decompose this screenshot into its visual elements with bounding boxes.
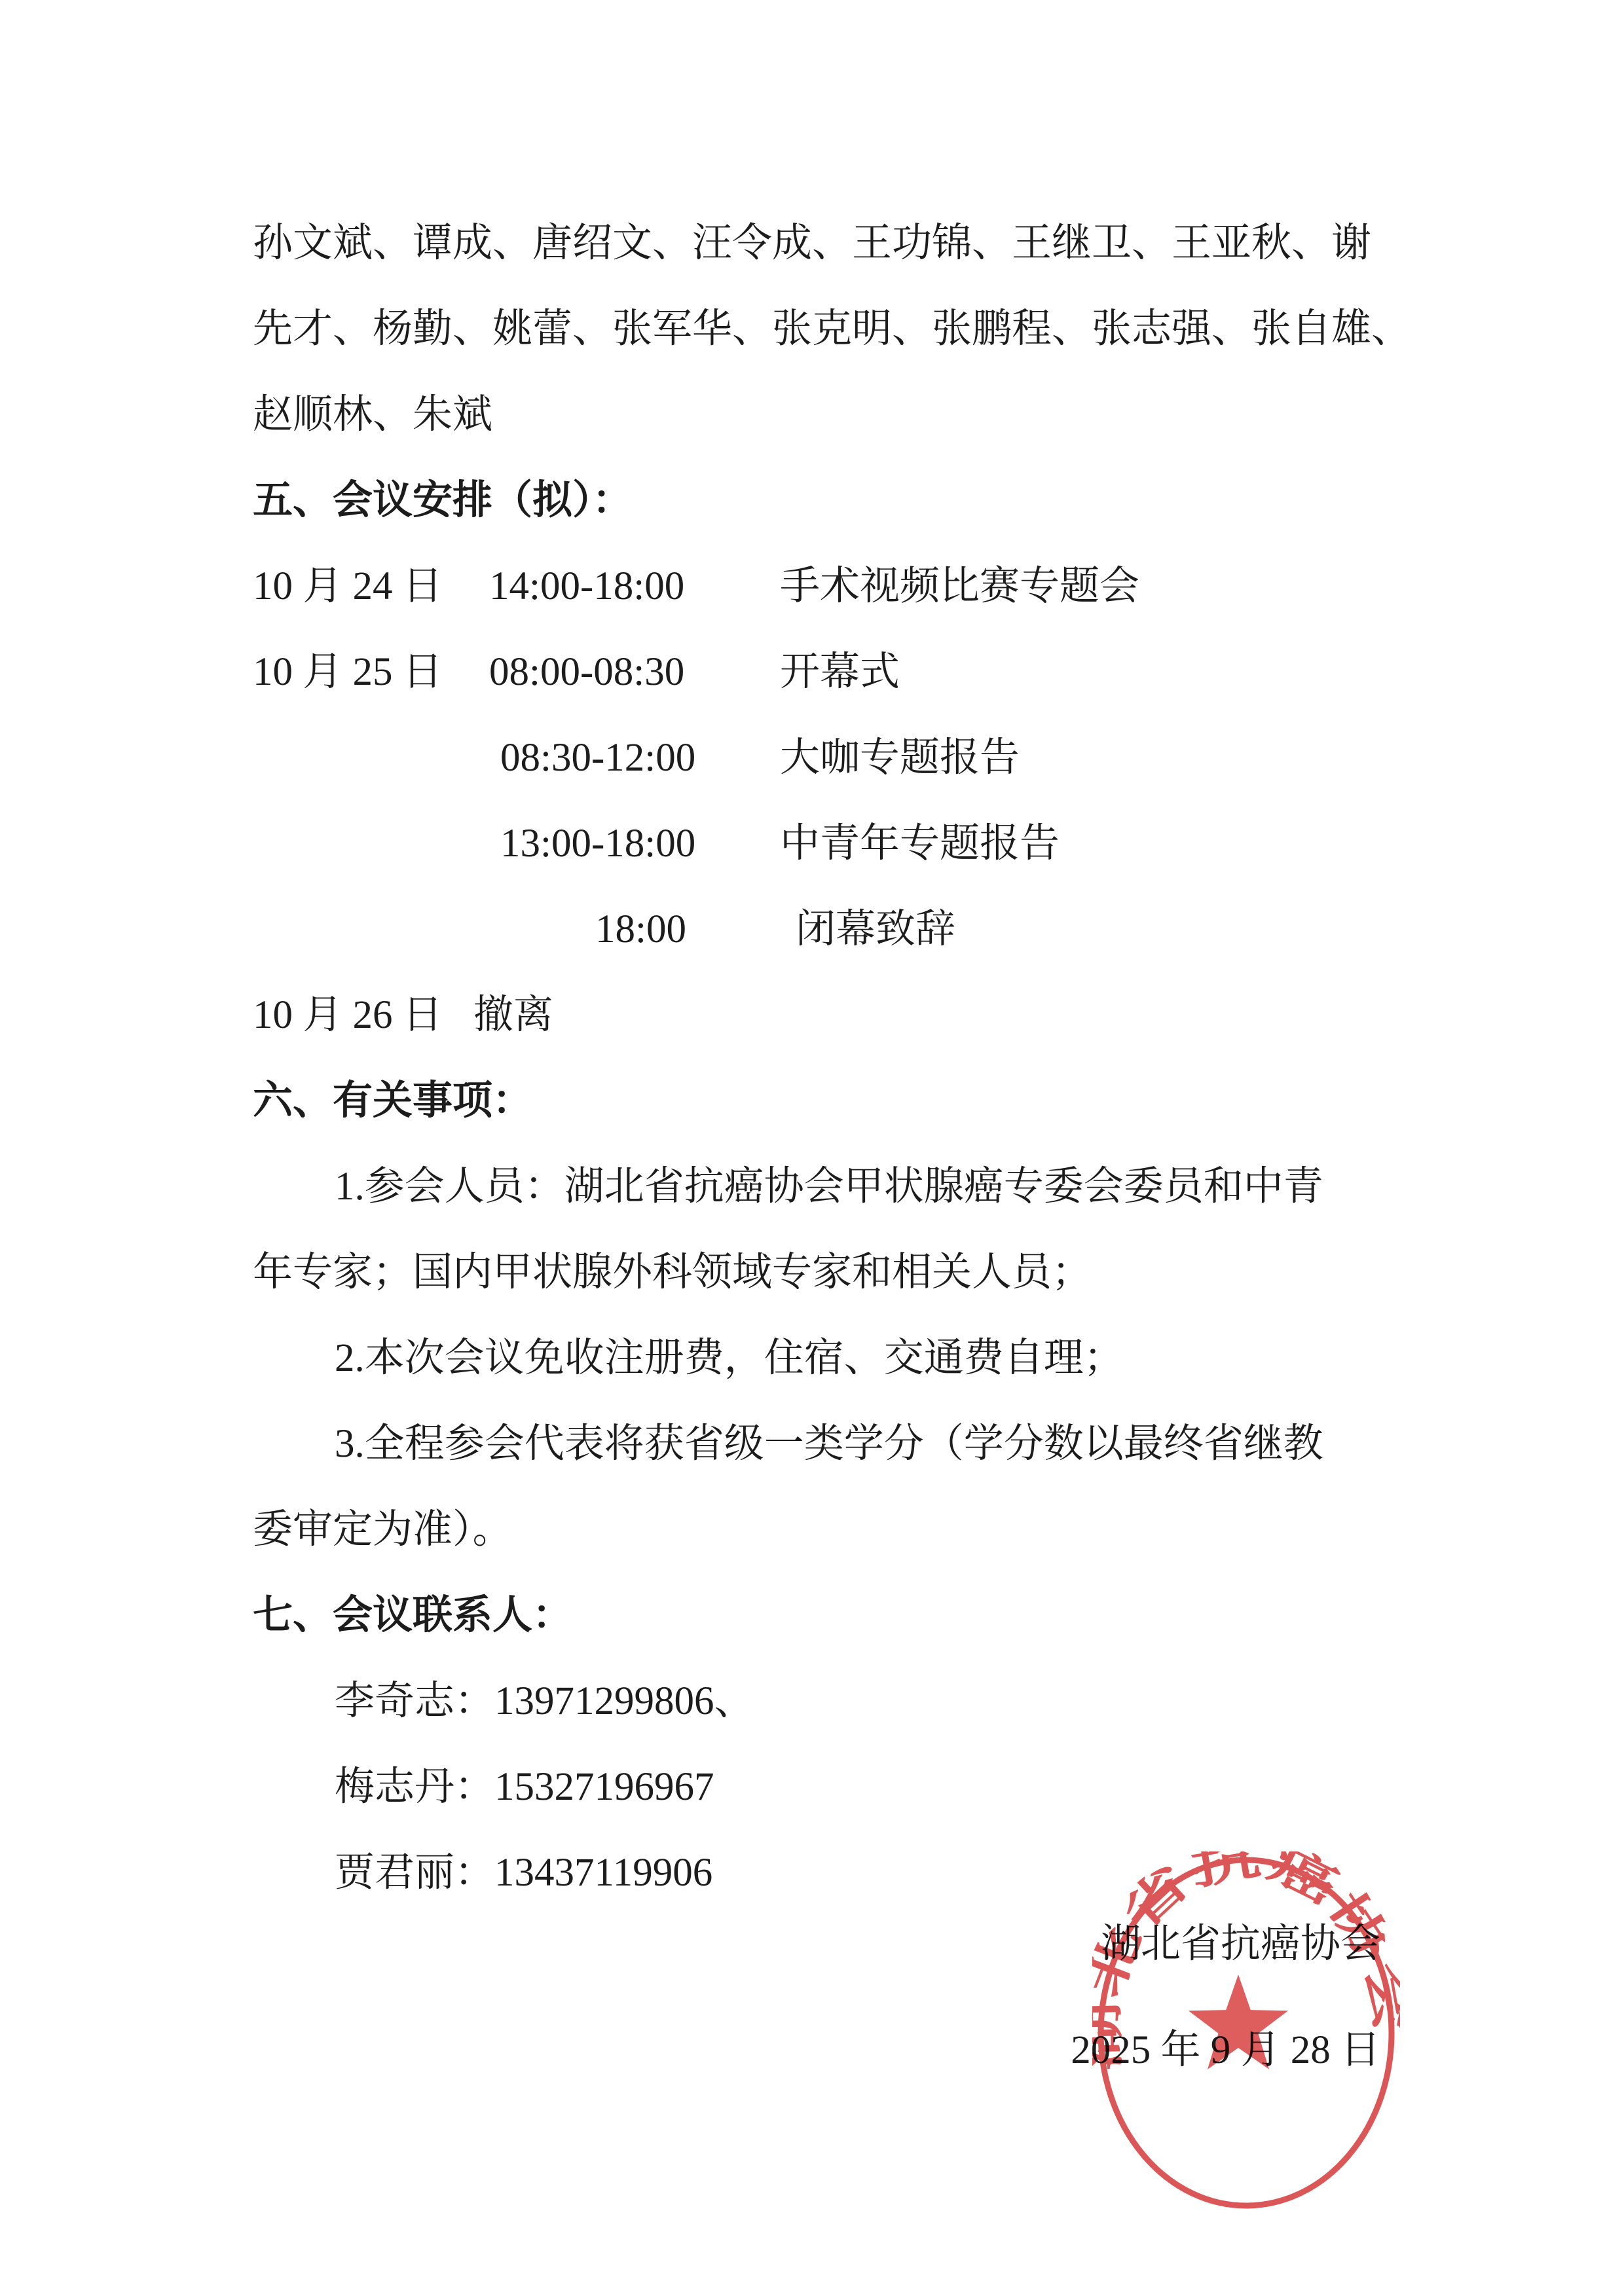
schedule-event: 大咖专题报告: [780, 715, 1020, 801]
schedule-row: 10 月 25 日 08:00-08:30 开幕式: [253, 629, 1384, 715]
schedule-time: 18:00: [595, 886, 686, 972]
schedule-date: 10 月 25 日: [253, 629, 443, 715]
section-five-heading: 五、会议安排（拟）：: [253, 458, 1384, 543]
schedule-row: 10 月 26 日 撤离: [253, 972, 1384, 1058]
schedule-time: 13:00-18:00: [500, 801, 695, 886]
contact-line: 李奇志：13971299806、: [253, 1658, 1384, 1744]
contact-line: 梅志丹：15327196967: [253, 1744, 1384, 1830]
schedule-event: 手术视频比赛专题会: [780, 543, 1139, 629]
schedule-time: 08:00-08:30: [489, 629, 684, 715]
section-six-heading: 六、有关事项：: [253, 1058, 1384, 1144]
schedule-row: 13:00-18:00 中青年专题报告: [253, 801, 1384, 886]
participants-line: 孙文斌、谭成、唐绍文、汪令成、王功锦、王继卫、王亚秋、谢: [253, 200, 1384, 286]
schedule-event: 中青年专题报告: [780, 801, 1060, 886]
schedule-event: 开幕式: [780, 629, 900, 715]
schedule-date: 10 月 24 日: [253, 543, 443, 629]
schedule-time: 14:00-18:00: [489, 543, 684, 629]
signature-organization: 湖北省抗癌协会: [1101, 1912, 1380, 1977]
document-body: 孙文斌、谭成、唐绍文、汪令成、王功锦、王继卫、王亚秋、谢 先才、杨勤、姚蕾、张军…: [253, 200, 1384, 1916]
participants-line: 赵顺林、朱斌: [253, 372, 1384, 458]
schedule-date: 10 月 26 日: [253, 972, 443, 1058]
notes-line: 年专家；国内甲状腺外科领域专家和相关人员；: [253, 1230, 1384, 1315]
document-page: 孙文斌、谭成、唐绍文、汪令成、王功锦、王继卫、王亚秋、谢 先才、杨勤、姚蕾、张军…: [0, 0, 1624, 2296]
signature-date: 2025 年 9 月 28 日: [1071, 2018, 1380, 2083]
participants-line: 先才、杨勤、姚蕾、张军华、张克明、张鹏程、张志强、张自雄、: [253, 286, 1384, 372]
notes-line: 3.全程参会代表将获省级一类学分（学分数以最终省继教: [253, 1401, 1384, 1487]
contact-line: 贾君丽：13437119906: [253, 1830, 1384, 1916]
schedule-time: 08:30-12:00: [500, 715, 695, 801]
schedule-event: 撤离: [473, 972, 553, 1058]
notes-line: 委审定为准）。: [253, 1487, 1384, 1573]
schedule-event: 闭幕致辞: [796, 886, 955, 972]
schedule-row: 10 月 24 日 14:00-18:00 手术视频比赛专题会: [253, 543, 1384, 629]
notes-line: 1.参会人员：湖北省抗癌协会甲状腺癌专委会委员和中青: [253, 1144, 1384, 1230]
schedule-row: 18:00 闭幕致辞: [253, 886, 1384, 972]
notes-line: 2.本次会议免收注册费，住宿、交通费自理；: [253, 1315, 1384, 1401]
schedule-row: 08:30-12:00 大咖专题报告: [253, 715, 1384, 801]
section-seven-heading: 七、会议联系人：: [253, 1573, 1384, 1658]
